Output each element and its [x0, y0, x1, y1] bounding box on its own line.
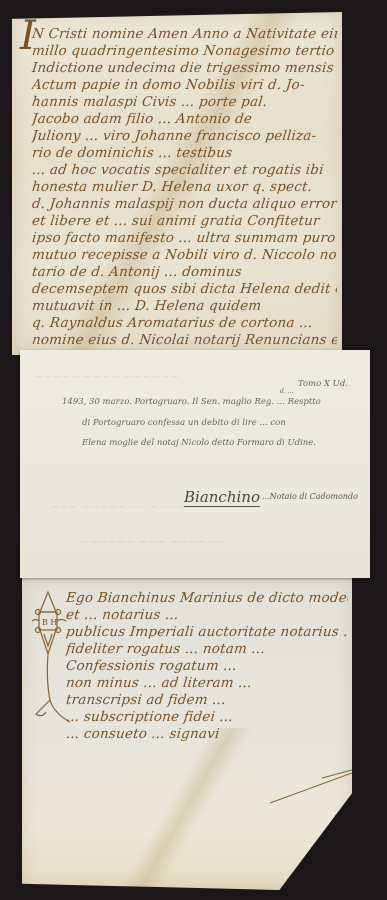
- manuscript-line: et libere et ... sui animi gratia Confit…: [31, 213, 338, 229]
- note-line-date: 1493, 30 marzo. Portogruaro. Il Sen. mag…: [62, 397, 321, 407]
- bottom-parchment-sheet: B H Ego Bianchinus Marinius de dicto mod…: [22, 578, 352, 890]
- manuscript-line: Indictione undecima die trigessimo mensi…: [31, 60, 338, 76]
- manuscript-line: ... ad hoc vocatis specialiter et rogati…: [31, 162, 338, 178]
- manuscript-line: d. Johannis malaspij non ducta aliquo er…: [31, 196, 338, 212]
- signum-flourish-line: [22, 578, 352, 890]
- parchment-text-block: N Cristi nomine Amen Anno a Nativitate e…: [32, 26, 337, 356]
- note-signature-suffix: ...Notaio di Cadomondo: [262, 492, 358, 501]
- note-signature: Bianchino: [184, 488, 260, 507]
- show-through-text: ~~~~~~ ~~~ ~~~~~~: [80, 535, 225, 548]
- volume-annotation: Tomo X Ud.: [298, 379, 348, 389]
- manuscript-line: mutuo recepisse a Nobili viro d. Niccolo…: [31, 247, 338, 263]
- show-through-text: ~~~~~ ~~~~ ~~~~~~: [34, 370, 179, 383]
- archival-note-slip: ~~~~~ ~~~~ ~~~~~~ ~~~ ~~~~~~~ ~~~~ ~~~ ~…: [20, 350, 370, 578]
- top-parchment-sheet: I N Cristi nomine Amen Anno a Nativitate…: [12, 12, 342, 355]
- manuscript-line: rio de dominichis ... testibus: [31, 145, 338, 161]
- manuscript-line: mutuavit in ... D. Helena quidem: [31, 298, 338, 314]
- note-line: di Portogruaro confessa un debito di lir…: [82, 418, 286, 428]
- manuscript-line: tario de d. Antonij ... dominus: [31, 264, 338, 280]
- manuscript-line: ipso facto manifesto ... ultra summam pu…: [31, 230, 338, 246]
- manuscript-line: nomine eius d. Nicolai notarij Renuncian…: [31, 332, 338, 348]
- manuscript-line: honesta mulier D. Helena uxor q. spect.: [31, 179, 338, 195]
- manuscript-line: Actum papie in domo Nobilis viri d. Jo-: [31, 77, 338, 93]
- note-line: Elena moglie del notaj Nicolo detto Form…: [82, 438, 316, 448]
- manuscript-line: millo quadringentesimo Nonagesimo tertio: [31, 43, 338, 59]
- superscript-insert: d. ...: [280, 388, 293, 395]
- manuscript-line: q. Raynaldus Aromatarius de cortona ...: [31, 315, 338, 331]
- manuscript-line: Juliony ... viro Johanne francisco pelli…: [31, 128, 338, 144]
- manuscript-line: decemseptem quos sibi dicta Helena dedit…: [31, 281, 338, 297]
- manuscript-line: N Cristi nomine Amen Anno a Nativitate e…: [31, 26, 338, 42]
- manuscript-line: hannis malaspi Civis ... porte pal.: [31, 94, 338, 110]
- manuscript-line: Jacobo adam filio ... Antonio de: [31, 111, 338, 127]
